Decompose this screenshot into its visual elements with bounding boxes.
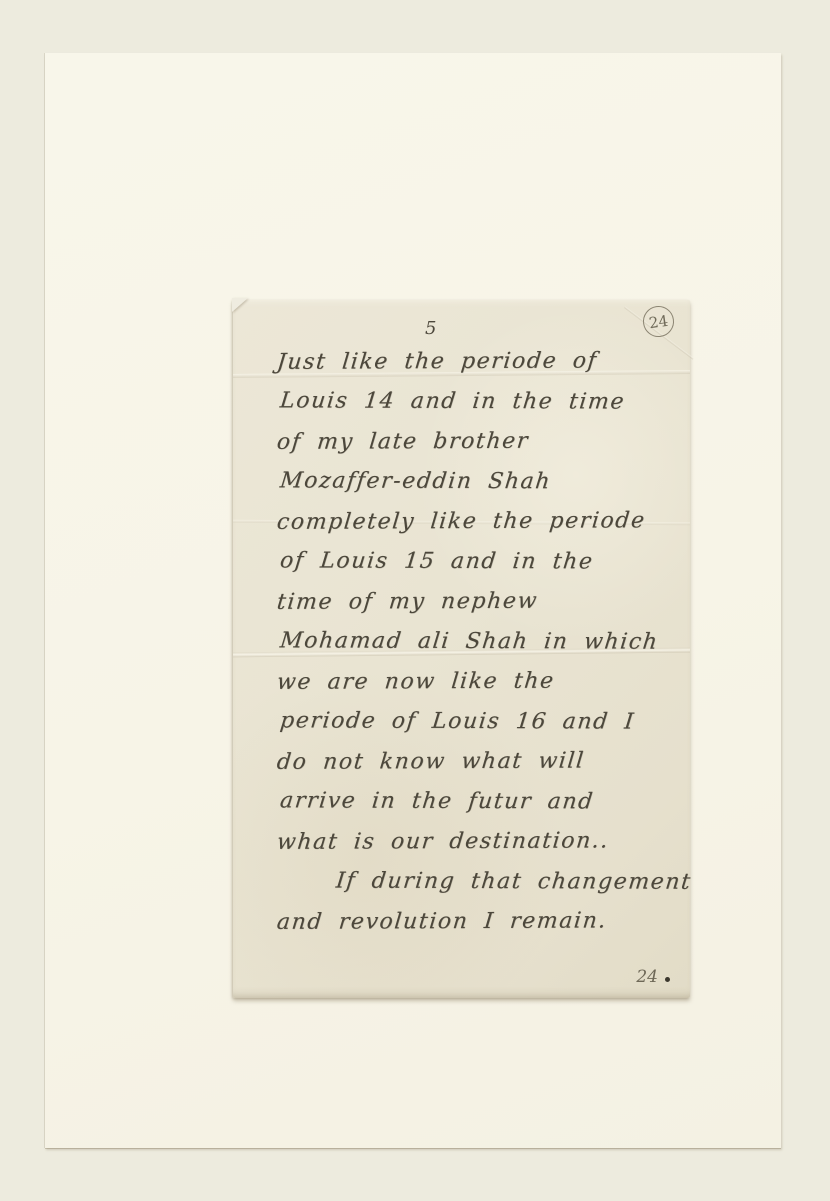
photograph-backdrop: { "document": { "kind": "handwritten-let… <box>0 0 830 1201</box>
letter-line: Louis 14 and in the time <box>278 381 672 422</box>
folio-number-circled-value: 24 <box>648 311 669 331</box>
letter-line: Mohamad ali Shah in which <box>278 621 672 662</box>
letter-line: periode of Louis 16 and I <box>278 701 672 742</box>
letter-line: If during that changement <box>278 861 672 902</box>
letter-body: Just like the periode of Louis 14 and in… <box>277 342 670 942</box>
letter-line: of my late brother <box>275 421 672 463</box>
letter-line: Mozaffer-eddin Shah <box>278 461 672 502</box>
letter-paper: 5 24 Just like the periode of Louis 14 a… <box>233 300 690 998</box>
letter-line: what is our destination.. <box>275 821 672 863</box>
page-number: 5 <box>425 318 436 339</box>
letter-line: arrive in the futur and <box>278 781 672 822</box>
folio-number-bottom: 24 <box>636 967 670 987</box>
folio-number-circled: 24 <box>641 304 676 339</box>
ink-dot <box>665 977 670 982</box>
letter-line: do not know what will <box>275 741 672 783</box>
letter-line: time of my nephew <box>275 581 672 623</box>
corner-fold <box>232 298 248 312</box>
letter-line: Just like the periode of <box>275 341 672 383</box>
letter-line: and revolution I remain. <box>275 901 672 943</box>
letter-line: of Louis 15 and in the <box>278 541 672 582</box>
letter-line: completely like the periode <box>275 501 672 543</box>
folio-number-bottom-value: 24 <box>636 967 658 987</box>
letter-line: we are now like the <box>275 661 672 703</box>
mat-board: 5 24 Just like the periode of Louis 14 a… <box>45 53 781 1148</box>
